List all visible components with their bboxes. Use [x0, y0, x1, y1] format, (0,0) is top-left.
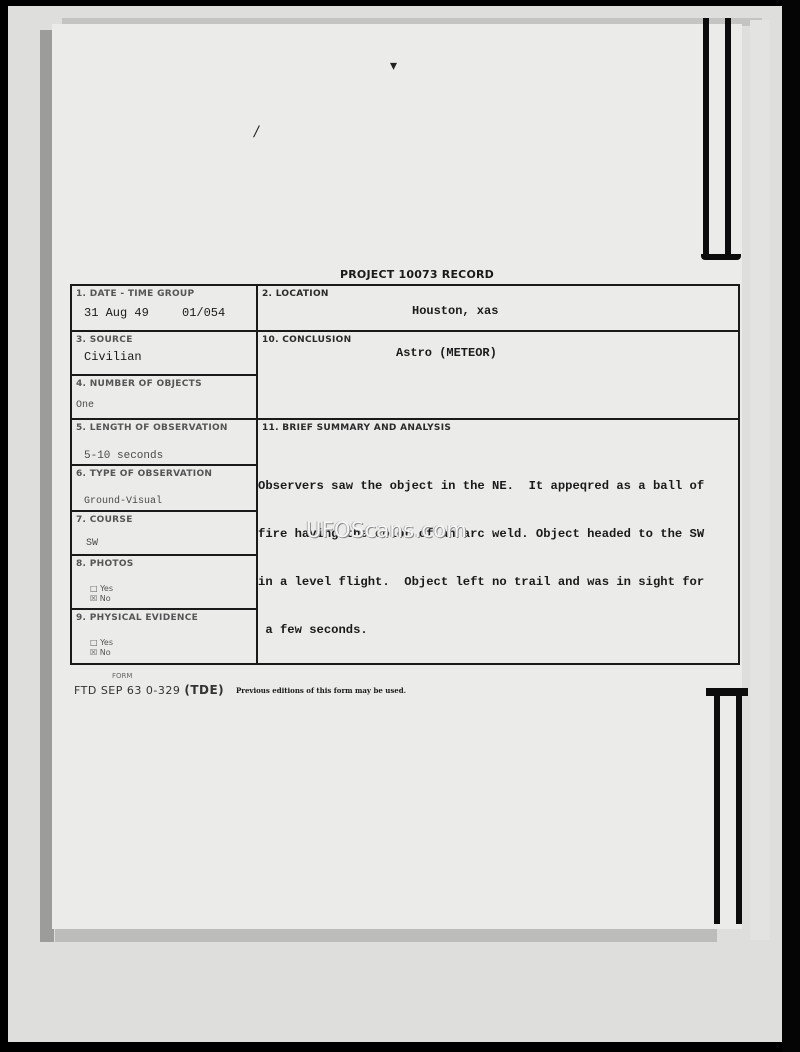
summary-text: Observers saw the object in the NE. It a…	[258, 446, 738, 670]
footer-form-word: FORM	[112, 672, 132, 680]
binder-bar-bottom-icon	[706, 688, 748, 928]
watermark: UFOScans.com	[306, 518, 467, 542]
type-value: Ground-Visual	[84, 496, 162, 507]
evidence-no-checkbox: ☒ No	[90, 648, 111, 657]
conclusion-value: Astro (METEOR)	[396, 346, 497, 360]
field-type-of-observation: 6. TYPE OF OBSERVATION Ground-Visual	[72, 466, 256, 510]
field-length-of-observation: 5. LENGTH OF OBSERVATION 5-10 seconds	[72, 420, 256, 464]
evidence-yes-checkbox: □ Yes	[90, 638, 113, 647]
form-title: PROJECT 10073 RECORD	[340, 268, 494, 281]
course-value: SW	[86, 538, 98, 549]
footer-note: Previous editions of this form may be us…	[236, 686, 406, 695]
field-physical-evidence: 9. PHYSICAL EVIDENCE □ Yes ☒ No	[72, 610, 256, 663]
record-form: 1. DATE - TIME GROUP 31 Aug 49 01/054 2.…	[70, 284, 740, 665]
source-value: Civilian	[84, 350, 142, 364]
binder-bar-top-icon	[703, 18, 739, 262]
photos-no-checkbox: ☒ No	[90, 594, 111, 603]
field-date-time-group: 1. DATE - TIME GROUP 31 Aug 49 01/054	[72, 286, 256, 330]
page-shadow-bottom	[55, 928, 717, 942]
scan-speck: ▾	[390, 58, 397, 74]
scan-right-border	[782, 0, 800, 1052]
photos-yes-checkbox: □ Yes	[90, 584, 113, 593]
footer-form-id: FTD SEP 63 0-329 (TDE)	[74, 683, 224, 697]
field-conclusion: 10. CONCLUSION Astro (METEOR)	[258, 332, 738, 418]
number-of-objects-value: One	[76, 400, 94, 411]
field-source: 3. SOURCE Civilian	[72, 332, 256, 374]
field-number-of-objects: 4. NUMBER OF OBJECTS One	[72, 376, 256, 418]
time-value: 01/054	[182, 306, 225, 320]
scan-mark: /	[254, 124, 259, 140]
field-photos: 8. PHOTOS □ Yes ☒ No	[72, 556, 256, 608]
page-edge-strip	[750, 20, 770, 940]
field-location: 2. LOCATION Houston, xas	[258, 286, 738, 330]
length-value: 5-10 seconds	[84, 450, 163, 462]
location-value: Houston, xas	[412, 304, 498, 318]
date-value: 31 Aug 49	[84, 306, 149, 320]
field-course: 7. COURSE SW	[72, 512, 256, 554]
